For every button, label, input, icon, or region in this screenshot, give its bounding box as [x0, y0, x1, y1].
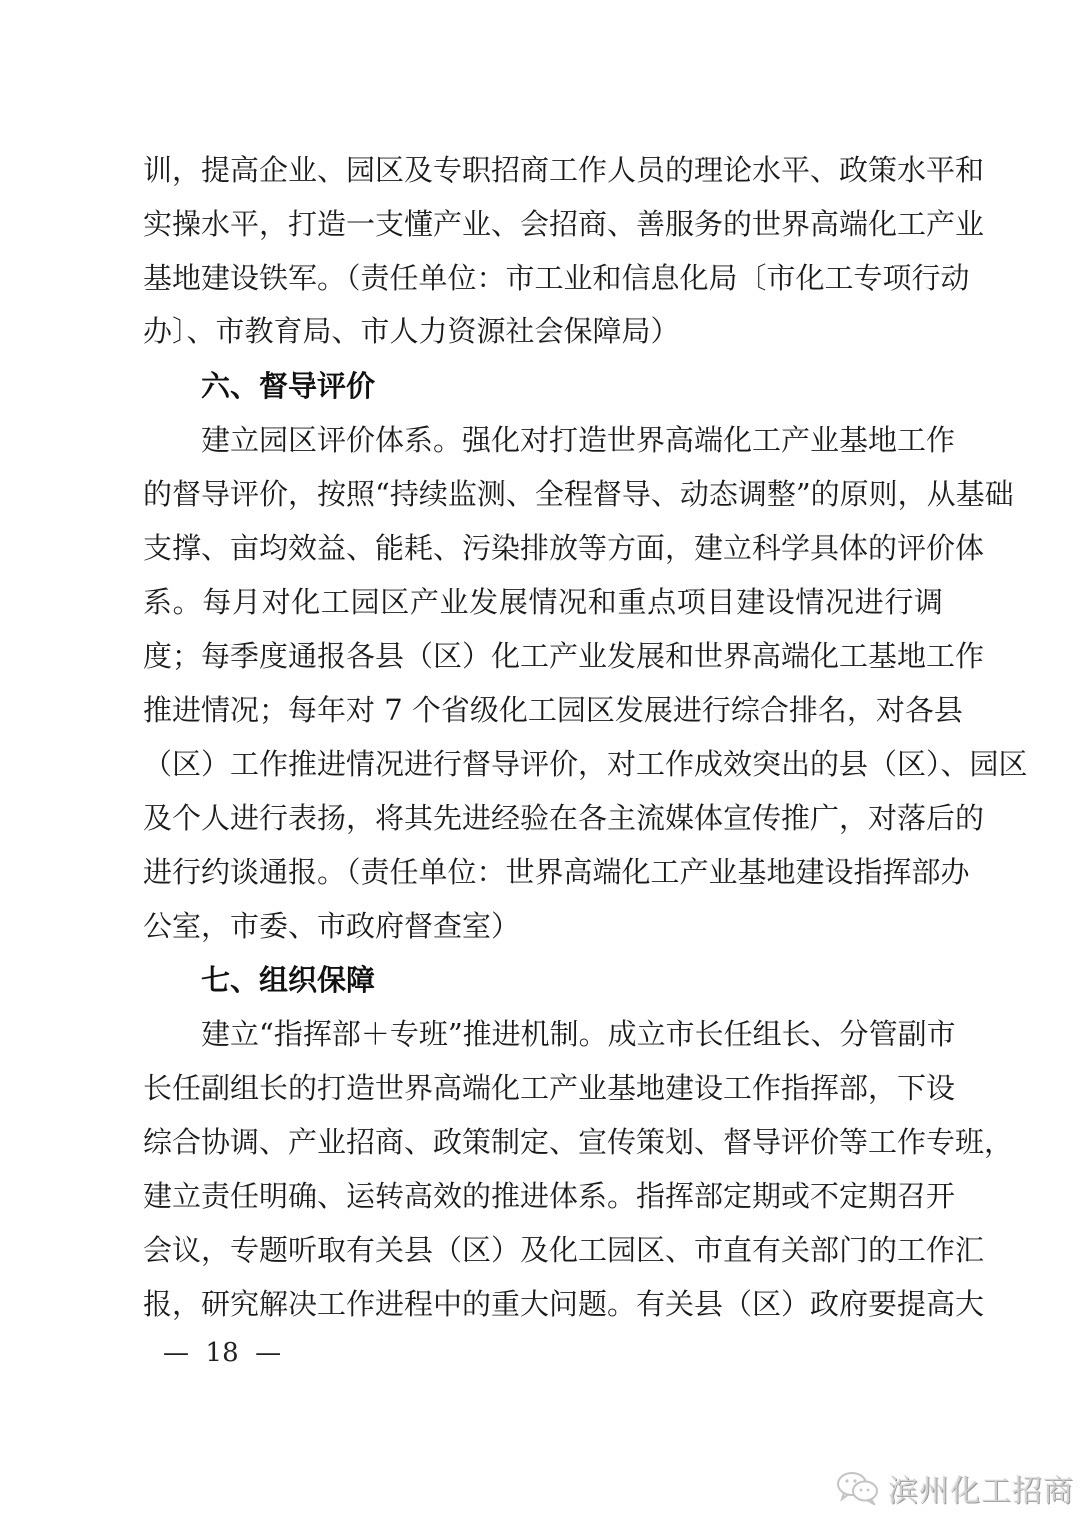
- watermark-text: 滨州化工招商: [888, 1466, 1074, 1510]
- text-line: 报，研究解决工作进程中的重大问题。有关县（区）政府要提高大: [143, 1284, 943, 1324]
- text-line: 进行约谈通报。（责任单位：世界高端化工产业基地建设指挥部办: [143, 852, 943, 892]
- text-line: 推进情况；每年对 7 个省级化工园区发展进行综合排名，对各县: [143, 690, 943, 730]
- text-line: 实操水平，打造一支懂产业、会招商、善服务的世界高端化工产业: [143, 204, 943, 244]
- text-line: 公室，市委、市政府督查室）: [143, 906, 943, 946]
- text-line: 基地建设铁军。（责任单位：市工业和信息化局〔市化工专项行动: [143, 258, 943, 298]
- text-line: 系。每月对化工园区产业发展情况和重点项目建设情况进行调: [143, 582, 943, 622]
- watermark: 滨州化工招商: [836, 1466, 1074, 1510]
- text-line: 建立园区评价体系。强化对打造世界高端化工产业基地工作: [201, 420, 943, 460]
- text-line: 度；每季度通报各县（区）化工产业发展和世界高端化工基地工作: [143, 636, 943, 676]
- text-line: 会议，专题听取有关县（区）及化工园区、市直有关部门的工作汇: [143, 1230, 943, 1270]
- section-heading: 六、督导评价: [201, 366, 375, 406]
- text-line: 办〕、市教育局、市人力资源社会保障局）: [143, 311, 943, 351]
- page-number: — 18 —: [163, 1336, 281, 1370]
- text-line: 支撑、亩均效益、能耗、污染排放等方面，建立科学具体的评价体: [143, 528, 943, 568]
- section-heading: 七、组织保障: [201, 960, 375, 1000]
- text-line: 长任副组长的打造世界高端化工产业基地建设工作指挥部，下设: [143, 1068, 943, 1108]
- wechat-icon: [836, 1471, 880, 1505]
- text-line: 及个人进行表扬，将其先进经验在各主流媒体宣传推广，对落后的: [143, 798, 943, 838]
- text-line: 建立“指挥部＋专班”推进机制。成立市长任组长、分管副市: [201, 1014, 943, 1054]
- text-line: 综合协调、产业招商、政策制定、宣传策划、督导评价等工作专班，: [143, 1122, 943, 1162]
- text-line: 建立责任明确、运转高效的推进体系。指挥部定期或不定期召开: [143, 1176, 943, 1216]
- text-line: 的督导评价，按照“持续监测、全程督导、动态调整”的原则，从基础: [143, 474, 943, 514]
- text-line: 训，提高企业、园区及专职招商工作人员的理论水平、政策水平和: [143, 150, 943, 190]
- document-page: 训，提高企业、园区及专职招商工作人员的理论水平、政策水平和 实操水平，打造一支懂…: [0, 0, 1080, 1527]
- text-line: （区）工作推进情况进行督导评价，对工作成效突出的县（区）、园区: [143, 744, 943, 784]
